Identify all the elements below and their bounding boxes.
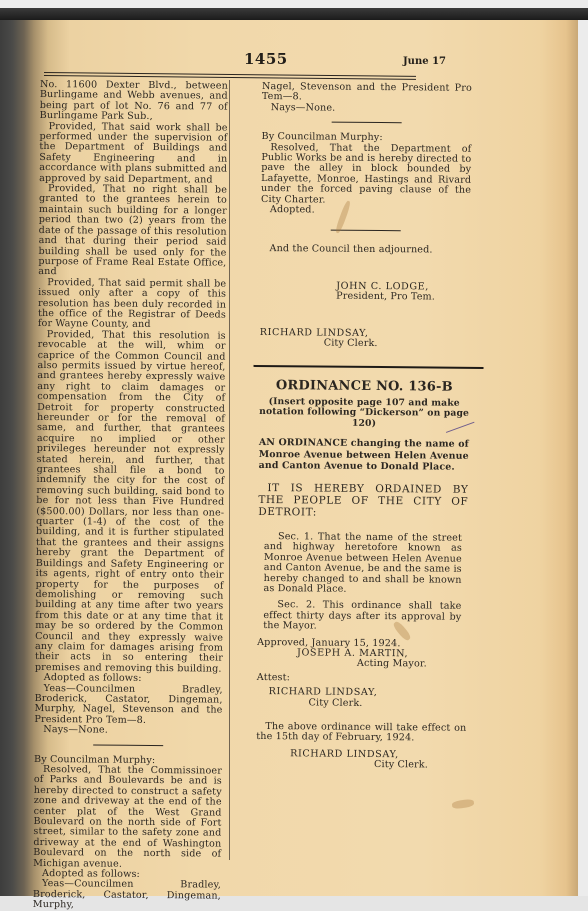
adopted: Adopted. [261,205,471,217]
paragraph-proviso-2: Provided, That no right shall be granted… [38,184,227,279]
page-header: 1455 June 17 [44,50,422,72]
header-date: June 17 [403,56,446,67]
book-top-edge [0,8,588,20]
signature-name: RICHARD LINDSAY, [269,687,467,699]
section-rule [331,230,401,232]
resolution-alley-paving: Resolved, That the Department of Public … [261,143,472,207]
section-1: Sec. 1. That the name of the street and … [258,532,469,596]
page-number: 1455 [244,50,288,68]
section-rule [93,744,163,746]
signature-president: JOHN C. LODGE, President, Pro Tem. [260,281,470,304]
signature-title: President, Pro Tem. [336,292,470,304]
vote-yeas: Yeas—Councilmen Bradley, Broderick, Cast… [34,684,222,727]
ordinance-description: AN ORDINANCE changing the name of Monroe… [259,437,469,473]
ordaining-clause: IT IS HEREBY ORDAINED BY THE PEOPLE OF T… [258,482,468,520]
ordinance-lead: AN ORDINANCE [259,437,348,449]
vote-yeas-2: Yeas—Councilmen Bradley, Broderick, Cast… [33,879,221,911]
vote-nays: Nays—None. [34,725,222,737]
paragraph-proviso-4: Provided, That this resolution is revoca… [35,330,226,675]
paragraph-address: No. 11600 Dexter Blvd., between Burlinga… [40,80,228,123]
right-column: Nagel, Stevenson and the President Pro T… [256,82,472,771]
adjourned-statement: And the Council then adjourned. [260,244,470,256]
ordinance-separator-rule [254,364,484,368]
section-rule [332,122,402,124]
section-2: Sec. 2. This ordinance shall take effect… [257,600,467,633]
signature-title: City Clerk. [290,759,466,771]
vote-nays: Nays—None. [262,103,472,115]
vote-continuation: Nagel, Stevenson and the President Pro T… [262,82,472,105]
ordinance-note: (Insert opposite page 107 and make notat… [259,397,469,430]
ordinance-title: ORDINANCE NO. 136-B [259,380,469,392]
ordinance-section: ORDINANCE NO. 136-B (Insert opposite pag… [256,380,469,771]
signature-clerk-attest: RICHARD LINDSAY, City Clerk. [257,687,467,710]
signature-clerk: RICHARD LINDSAY, City Clerk. [260,328,470,351]
left-column: No. 11600 Dexter Blvd., between Burlinga… [33,80,228,911]
paragraph-proviso-3: Provided, That said permit shall be issu… [38,278,226,332]
resolution-safety-zone: Resolved, That the Commissinoer of Parks… [33,765,222,871]
signature-clerk-final: RICHARD LINDSAY, City Clerk. [256,749,466,772]
paragraph-proviso-1: Provided, That said work shall be perfor… [39,122,228,186]
attest-label: Attest: [257,673,467,685]
column-divider [229,80,230,860]
signature-mayor: JOSEPH A. MARTIN, Acting Mayor. [257,648,467,671]
signature-title: City Clerk. [260,338,470,350]
effective-date-statement: The above ordinance will take effect on … [256,722,466,745]
signature-title: Acting Mayor. [297,659,467,671]
